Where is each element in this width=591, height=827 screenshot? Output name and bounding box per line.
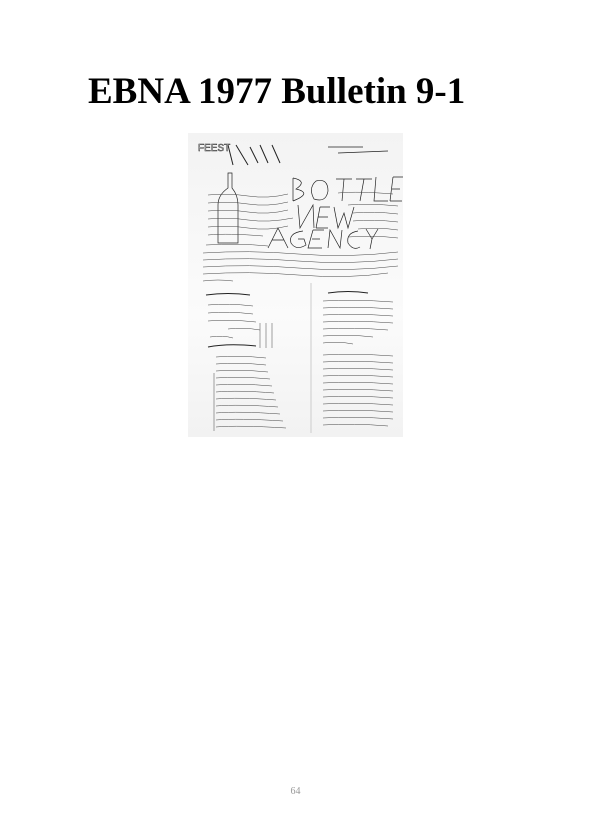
scanned-bulletin-image: FEEST [188,133,403,437]
svg-text:FEEST: FEEST [198,143,230,154]
page-number: 64 [0,786,591,797]
page-title: EBNA 1977 Bulletin 9-1 [88,70,465,113]
handwritten-page-illustration: FEEST [188,133,403,437]
